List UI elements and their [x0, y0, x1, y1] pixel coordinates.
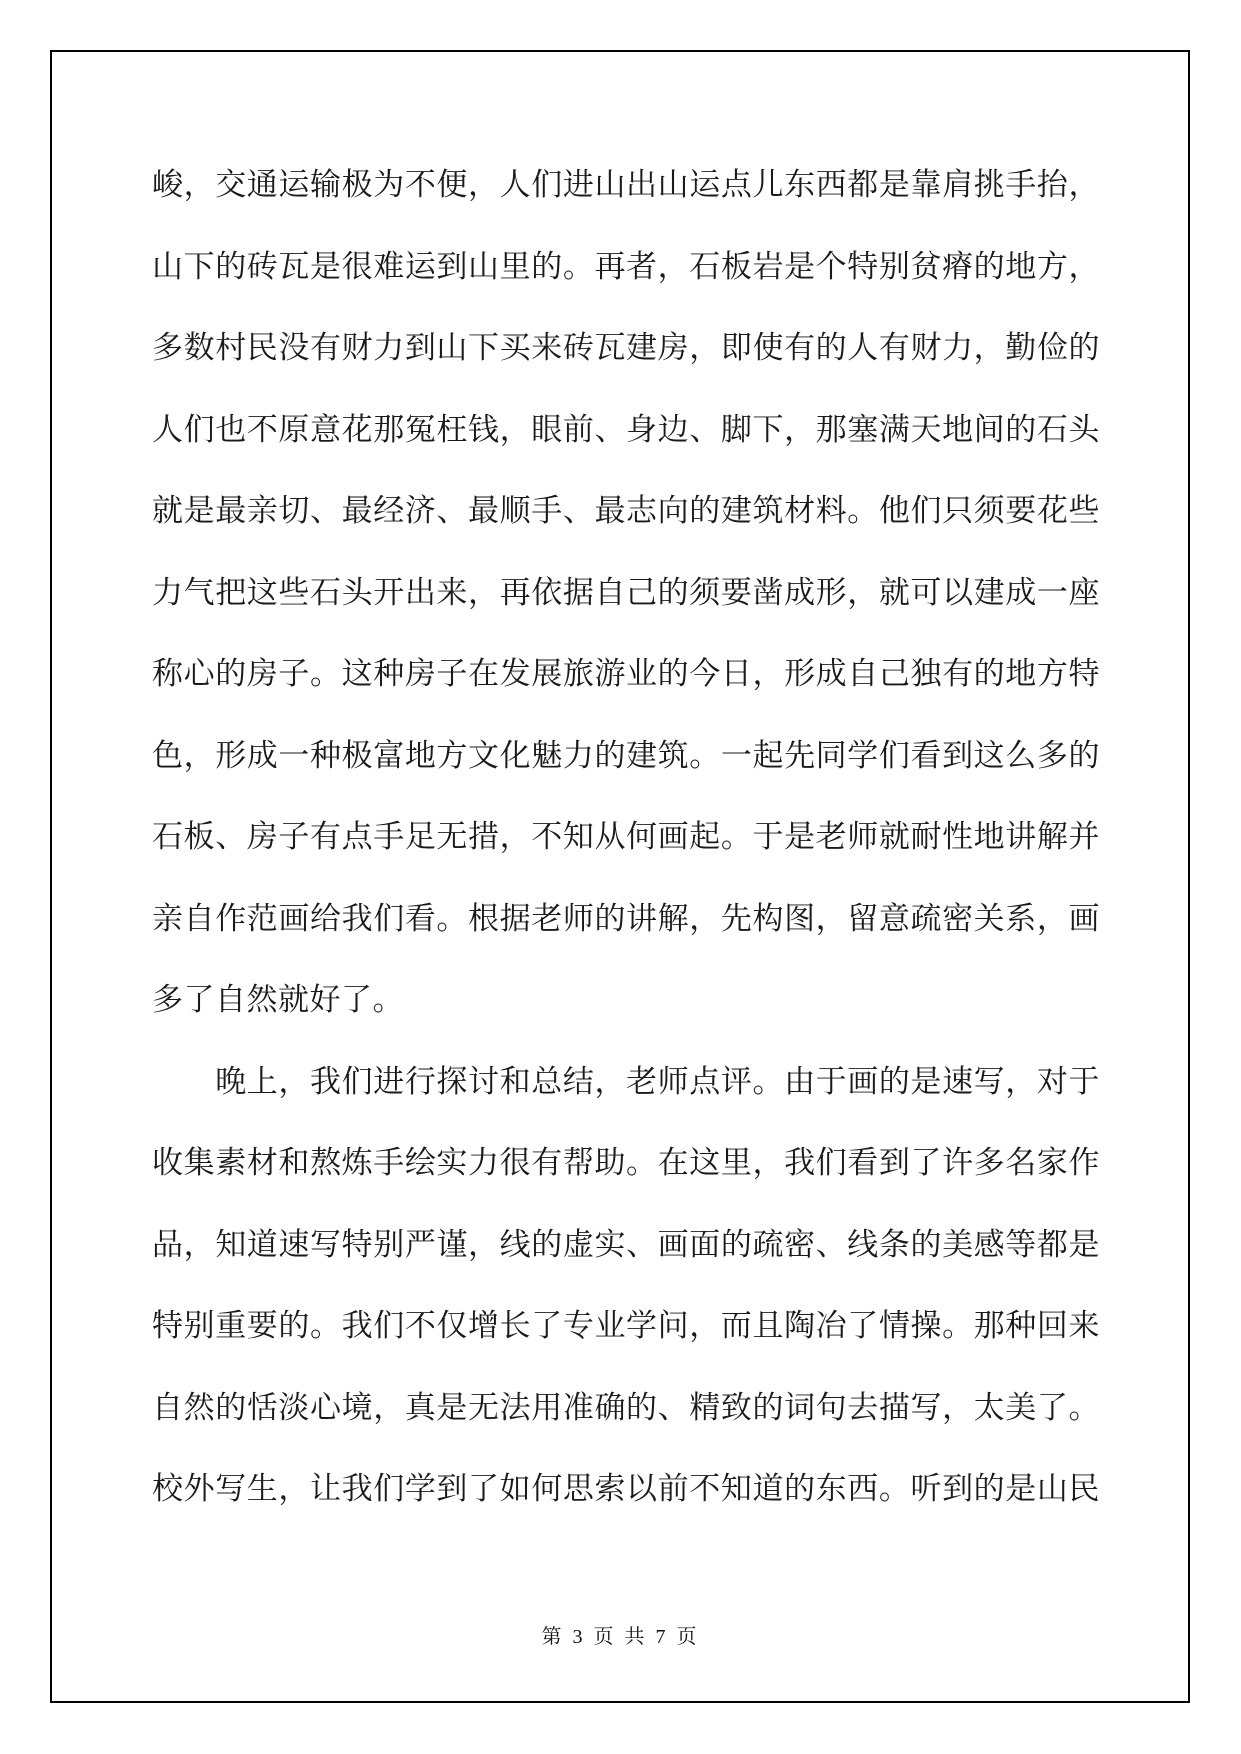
text-line: 峻，交通运输极为不便，人们进山出山运点儿东西都是靠肩挑手抬，	[152, 144, 1100, 226]
text-line: 多数村民没有财力到山下买来砖瓦建房，即使有的人有财力，勤俭的	[152, 307, 1100, 389]
text-line: 山下的砖瓦是很难运到山里的。再者，石板岩是个特别贫瘠的地方，	[152, 226, 1100, 308]
document-body: 峻，交通运输极为不便，人们进山出山运点儿东西都是靠肩挑手抬， 山下的砖瓦是很难运…	[152, 144, 1100, 1530]
text-line: 亲自作范画给我们看。根据老师的讲解，先构图，留意疏密关系，画	[152, 878, 1100, 960]
text-line: 石板、房子有点手足无措，不知从何画起。于是老师就耐性地讲解并	[152, 796, 1100, 878]
text-line: 自然的恬淡心境，真是无法用准确的、精致的词句去描写，太美了。	[152, 1367, 1100, 1449]
page-footer: 第 3 页 共 7 页	[0, 1620, 1241, 1649]
text-line: 力气把这些石头开出来，再依据自己的须要凿成形，就可以建成一座	[152, 552, 1100, 634]
text-line: 收集素材和熬炼手绘实力很有帮助。在这里，我们看到了许多名家作	[152, 1122, 1100, 1204]
paragraph: 晚上，我们进行探讨和总结，老师点评。由于画的是速写，对于 收集素材和熬炼手绘实力…	[152, 1041, 1100, 1530]
text-line: 称心的房子。这种房子在发展旅游业的今日，形成自己独有的地方特	[152, 633, 1100, 715]
paragraph: 峻，交通运输极为不便，人们进山出山运点儿东西都是靠肩挑手抬， 山下的砖瓦是很难运…	[152, 144, 1100, 1041]
text-line: 人们也不原意花那冤枉钱，眼前、身边、脚下，那塞满天地间的石头	[152, 389, 1100, 471]
text-line: 晚上，我们进行探讨和总结，老师点评。由于画的是速写，对于	[152, 1041, 1100, 1123]
text-line: 特别重要的。我们不仅增长了专业学问，而且陶冶了情操。那种回来	[152, 1285, 1100, 1367]
text-line: 多了自然就好了。	[152, 959, 1100, 1041]
text-line: 就是最亲切、最经济、最顺手、最志向的建筑材料。他们只须要花些	[152, 470, 1100, 552]
text-line: 色，形成一种极富地方文化魅力的建筑。一起先同学们看到这么多的	[152, 715, 1100, 797]
page-number-text: 第 3 页 共 7 页	[542, 1626, 700, 1648]
text-line: 品，知道速写特别严谨，线的虚实、画面的疏密、线条的美感等都是	[152, 1204, 1100, 1286]
document-page: 峻，交通运输极为不便，人们进山出山运点儿东西都是靠肩挑手抬， 山下的砖瓦是很难运…	[0, 0, 1241, 1754]
text-line: 校外写生，让我们学到了如何思索以前不知道的东西。听到的是山民	[152, 1448, 1100, 1530]
